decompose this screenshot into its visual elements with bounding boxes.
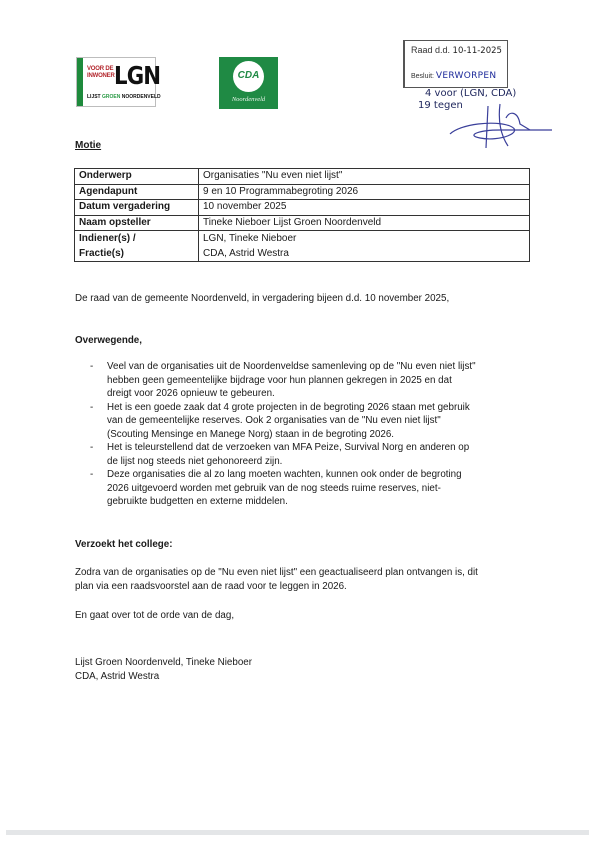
- request-paragraph: Zodra van de organisaties op de "Nu even…: [75, 566, 478, 594]
- table-value: LGN, Tineke Nieboer CDA, Astrid Westra: [199, 231, 530, 262]
- list-item-line: (Scouting Mensinge en Manege Norg) staan…: [107, 428, 540, 442]
- stamp-raad-date: 10-11-2025: [453, 46, 502, 56]
- table-key: Naam opsteller: [75, 215, 199, 231]
- intro-paragraph: De raad van de gemeente Noordenveld, in …: [75, 292, 449, 305]
- signatory: CDA, Astrid Westra: [75, 670, 252, 684]
- council-stamp: Raad d.d. 10-11-2025 Besluit: VERWORPEN: [403, 40, 508, 88]
- vote-for-note: 4 voor (LGN, CDA): [425, 88, 516, 99]
- table-value: 10 november 2025: [199, 200, 530, 216]
- stamp-besluit-value: VERWORPEN: [436, 71, 497, 81]
- request-line: plan via een raadsvoorstel aan de raad v…: [75, 580, 478, 594]
- list-item: - Het is een goede zaak dat 4 grote proj…: [90, 401, 540, 442]
- cda-logo-circle: CDA: [233, 61, 264, 92]
- cda-logo-subtitle: Noordenveld: [219, 96, 278, 103]
- table-key-line: Fractie(s): [79, 246, 194, 261]
- signatory: Lijst Groen Noordenveld, Tineke Nieboer: [75, 656, 252, 670]
- list-item-line: hebben geen gemeentelijke bijdrage voor …: [107, 374, 540, 388]
- list-item-line: Veel van de organisaties uit de Noordenv…: [107, 360, 540, 374]
- overwegende-heading: Overwegende,: [75, 334, 142, 347]
- table-row: Naam opsteller Tineke Nieboer Lijst Groe…: [75, 215, 530, 231]
- page-bottom-edge: [6, 830, 589, 835]
- lgn-sub-a: LIJST: [87, 94, 102, 100]
- table-row: Indiener(s) / Fractie(s) LGN, Tineke Nie…: [75, 231, 530, 262]
- list-item-line: van de gemeentelijke reserves. Ook 2 org…: [107, 414, 540, 428]
- table-key-line: Indiener(s) /: [79, 231, 194, 246]
- lgn-logo-bar: [77, 58, 83, 106]
- verzoekt-heading: Verzoekt het college:: [75, 538, 172, 551]
- stamp-meeting-date: Raad d.d. 10-11-2025: [411, 45, 502, 56]
- table-row: Agendapunt 9 en 10 Programmabegroting 20…: [75, 184, 530, 200]
- list-item-line: Het is een goede zaak dat 4 grote projec…: [107, 401, 540, 415]
- list-item-line: gebruikte budgetten en externe middelen.: [107, 495, 540, 509]
- table-key: Agendapunt: [75, 184, 199, 200]
- lgn-sub-b: GROEN: [102, 94, 120, 100]
- list-item-line: Het is teleurstellend dat de verzoeken v…: [107, 441, 540, 455]
- considerations-list: - Veel van de organisaties uit de Noorde…: [90, 360, 540, 509]
- stamp-raad-label: Raad d.d.: [411, 45, 453, 55]
- list-item-line: de lijst nog steeds niet gehonoreerd zij…: [107, 455, 540, 469]
- bullet-marker: -: [90, 441, 93, 455]
- signature-icon: [440, 100, 555, 155]
- table-key: Indiener(s) / Fractie(s): [75, 231, 199, 262]
- lgn-tagline-line1: VOOR DE: [87, 66, 115, 73]
- table-value: Organisaties "Nu even niet lijst": [199, 169, 530, 185]
- list-item: - Deze organisaties die al zo lang moete…: [90, 468, 540, 509]
- table-value-line: CDA, Astrid Westra: [203, 246, 525, 261]
- cda-logo-wordmark: CDA: [233, 70, 264, 81]
- request-line: Zodra van de organisaties op de "Nu even…: [75, 566, 478, 580]
- table-value: 9 en 10 Programmabegroting 2026: [199, 184, 530, 200]
- stamp-decision: Besluit: VERWORPEN: [411, 71, 496, 81]
- table-value-line: LGN, Tineke Nieboer: [203, 231, 525, 246]
- lgn-logo-wordmark: LGN: [114, 61, 160, 91]
- table-key: Onderwerp: [75, 169, 199, 185]
- stamp-besluit-label: Besluit:: [411, 73, 436, 80]
- motion-info-table: Onderwerp Organisaties "Nu even niet lij…: [74, 168, 530, 262]
- table-key: Datum vergadering: [75, 200, 199, 216]
- lgn-tagline-line2: INWONER: [87, 73, 115, 80]
- list-item-line: Deze organisaties die al zo lang moeten …: [107, 468, 540, 482]
- document-title: Motie: [75, 140, 101, 151]
- list-item: - Het is teleurstellend dat de verzoeken…: [90, 441, 540, 468]
- lgn-logo-subtitle: LIJST GROEN NOORDENVELD: [87, 94, 161, 100]
- table-value: Tineke Nieboer Lijst Groen Noordenveld: [199, 215, 530, 231]
- table-row: Datum vergadering 10 november 2025: [75, 200, 530, 216]
- bullet-marker: -: [90, 401, 93, 415]
- table-row: Onderwerp Organisaties "Nu even niet lij…: [75, 169, 530, 185]
- signatories: Lijst Groen Noordenveld, Tineke Nieboer …: [75, 656, 252, 684]
- closing-line: En gaat over tot de orde van de dag,: [75, 609, 234, 622]
- lgn-sub-c: NOORDENVELD: [120, 94, 160, 100]
- bullet-marker: -: [90, 360, 93, 374]
- list-item-line: dreigt voor 2026 opnieuw te gebeuren.: [107, 387, 540, 401]
- list-item-line: 2026 uitgevoerd worden met gebruik van d…: [107, 482, 540, 496]
- list-item: - Veel van de organisaties uit de Noorde…: [90, 360, 540, 401]
- lgn-logo-tagline: VOOR DE INWONER: [87, 66, 115, 80]
- bullet-marker: -: [90, 468, 93, 482]
- lgn-logo: VOOR DE INWONER LGN LIJST GROEN NOORDENV…: [76, 57, 156, 107]
- cda-logo: CDA Noordenveld: [219, 57, 278, 109]
